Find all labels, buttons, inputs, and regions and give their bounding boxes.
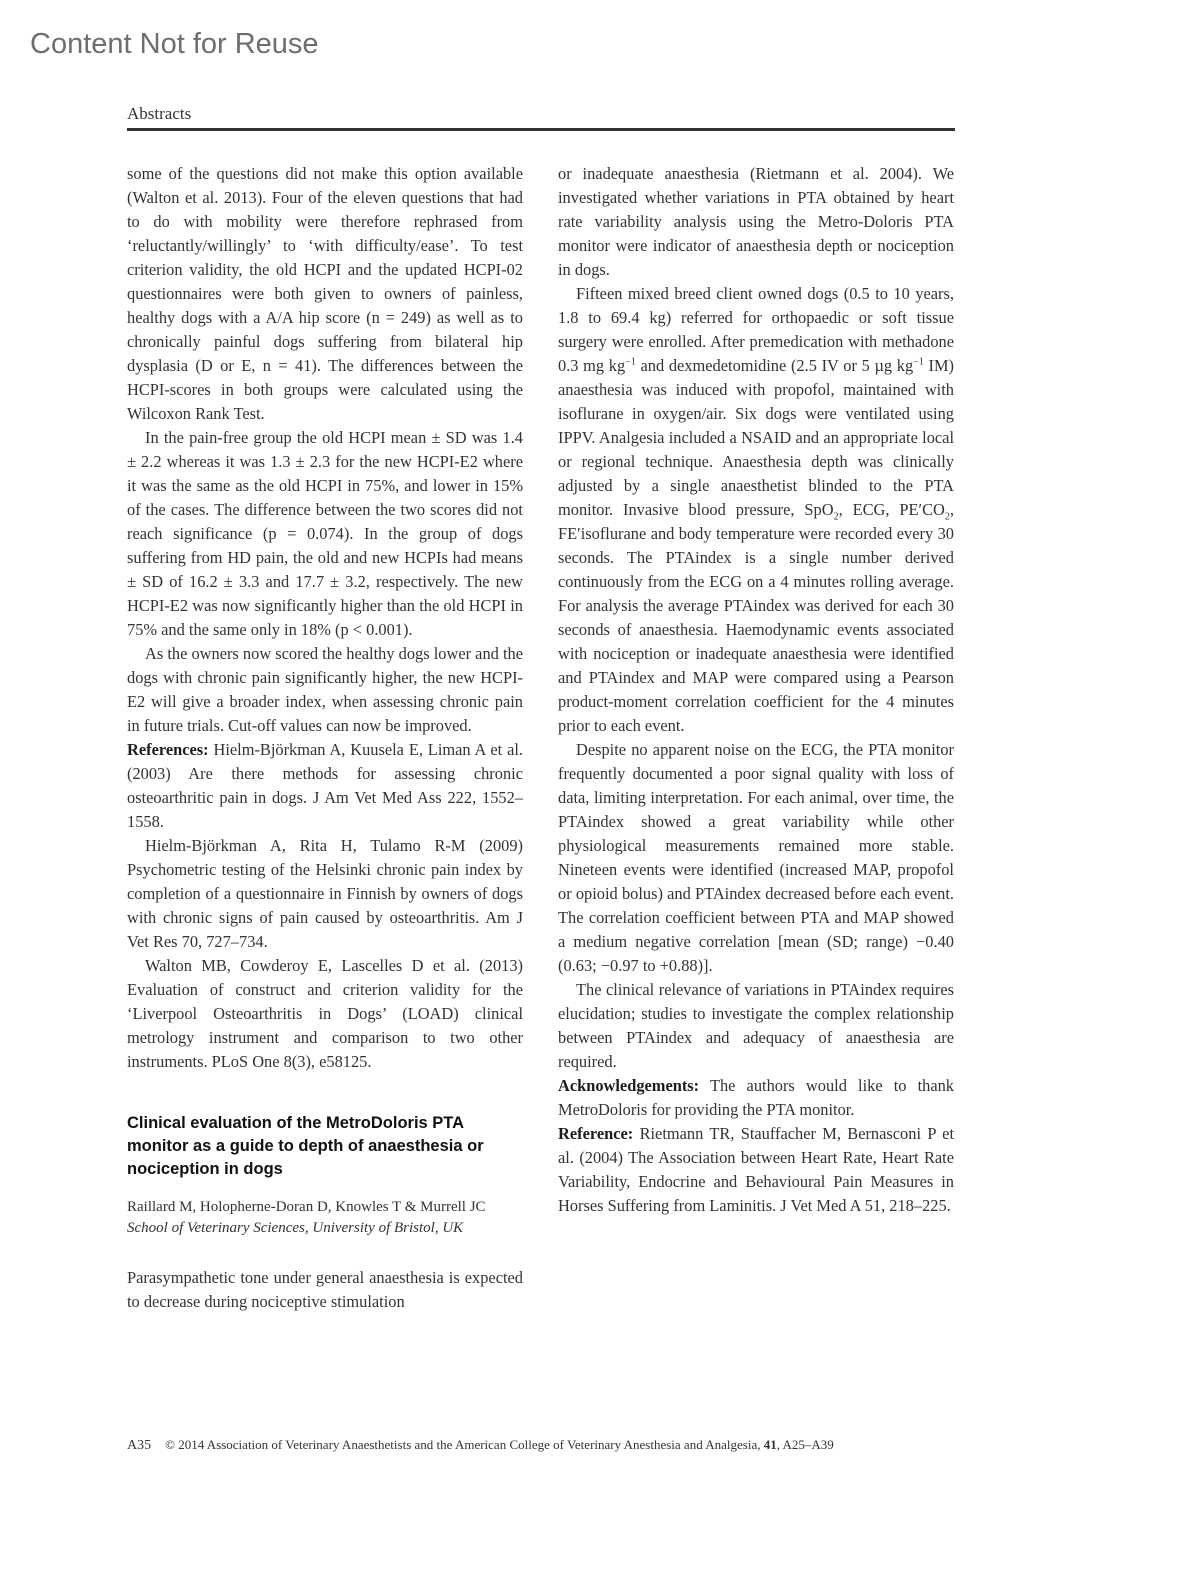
acknowledgements: Acknowledgements: The authors would like…	[558, 1074, 954, 1122]
paragraph: or inadequate anaesthesia (Rietmann et a…	[558, 162, 954, 282]
abstract-title: Clinical evaluation of the MetroDoloris …	[127, 1112, 523, 1181]
volume-number: 41	[764, 1437, 777, 1452]
paragraph: As the owners now scored the healthy dog…	[127, 642, 523, 738]
text-run: , FE′isoflurane and body temperature wer…	[558, 500, 954, 735]
paragraph: Parasympathetic tone under general anaes…	[127, 1266, 523, 1314]
running-head: Abstracts	[127, 104, 191, 124]
paragraph: some of the questions did not make this …	[127, 162, 523, 426]
paragraph: In the pain-free group the old HCPI mean…	[127, 426, 523, 642]
reference-entry: Reference: Rietmann TR, Stauffacher M, B…	[558, 1122, 954, 1218]
reference-entry: References: Hielm-Björkman A, Kuusela E,…	[127, 738, 523, 834]
references-label: References:	[127, 740, 209, 759]
header-rule	[127, 128, 955, 131]
copyright-text: © 2014 Association of Veterinary Anaesth…	[165, 1437, 764, 1452]
reference-entry: Walton MB, Cowderoy E, Lascelles D et al…	[127, 954, 523, 1074]
text-run: IM) anaesthesia was induced with propofo…	[558, 356, 954, 519]
text-run: , ECG, PE′CO	[839, 500, 945, 519]
authors: Raillard M, Holopherne-Doran D, Knowles …	[127, 1197, 523, 1218]
affiliation: School of Veterinary Sciences, Universit…	[127, 1218, 523, 1239]
page-range: , A25–A39	[777, 1437, 834, 1452]
page-number: A35	[127, 1438, 151, 1453]
paragraph: Despite no apparent noise on the ECG, th…	[558, 738, 954, 978]
left-column: some of the questions did not make this …	[127, 162, 523, 1314]
watermark: Content Not for Reuse	[30, 28, 319, 61]
reference-entry: Hielm-Björkman A, Rita H, Tulamo R-M (20…	[127, 834, 523, 954]
page-footer: A35© 2014 Association of Veterinary Anae…	[127, 1437, 834, 1454]
right-column: or inadequate anaesthesia (Rietmann et a…	[558, 162, 954, 1218]
superscript: −1	[913, 357, 924, 368]
paragraph: Fifteen mixed breed client owned dogs (0…	[558, 282, 954, 738]
reference-label: Reference:	[558, 1124, 633, 1143]
acknowledgements-label: Acknowledgements:	[558, 1076, 699, 1095]
paragraph: The clinical relevance of variations in …	[558, 978, 954, 1074]
text-run: and dexmedetomidine (2.5 IV or 5 µg kg	[636, 356, 913, 375]
superscript: −1	[625, 357, 636, 368]
